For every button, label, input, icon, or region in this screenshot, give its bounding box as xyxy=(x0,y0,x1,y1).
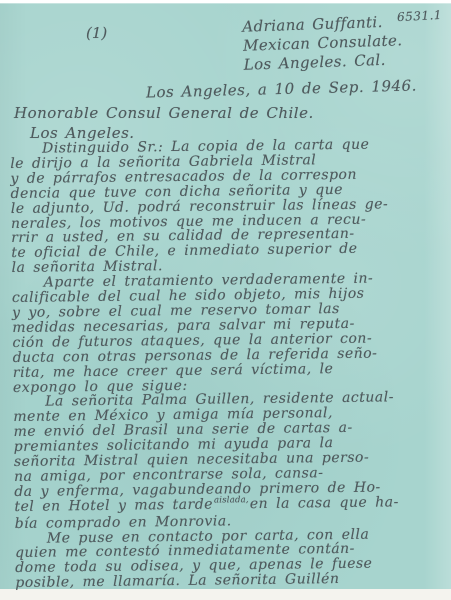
recipient-title: Honorable Consul General de Chile. xyxy=(14,103,314,123)
letter-scan: 6531.1 (1) Adriana Guffanti. Mexican Con… xyxy=(0,0,451,600)
letter-paper: 6531.1 (1) Adriana Guffanti. Mexican Con… xyxy=(0,3,451,589)
page-number: (1) xyxy=(86,24,107,42)
dateline: Los Angeles, a 10 de Sep. 1946. xyxy=(146,76,417,101)
interlinear-insertion: aislada, xyxy=(214,495,249,505)
letter-line: posible, me llamaría. La señorita Guillé… xyxy=(15,571,451,591)
insert-line-pre: tel en Hotel y mas tarde xyxy=(14,496,213,514)
sender-block: Adriana Guffanti. Mexican Consulate. Los… xyxy=(242,12,403,75)
insert-line-post: en la casa que ha- xyxy=(250,494,399,512)
letter-body: Distinguido Sr.: La copia de la carta qu… xyxy=(10,137,451,592)
archive-number: 6531.1 xyxy=(397,8,443,24)
